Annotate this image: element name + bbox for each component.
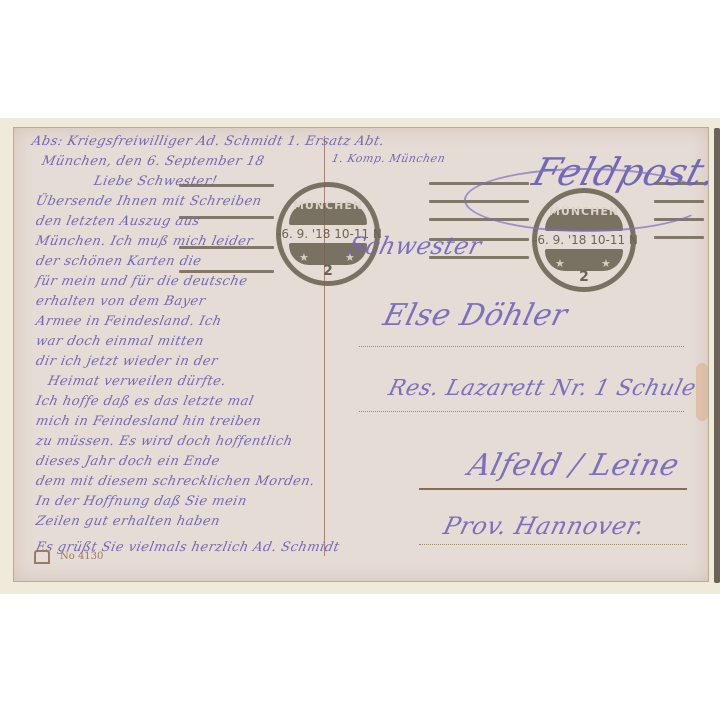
address-rule (419, 544, 687, 545)
message-line: Übersende Ihnen mit Schreiben (34, 194, 263, 209)
address-line2: Res. Lazarett Nr. 1 Schule (386, 376, 699, 401)
address-province: Prov. Hannover. (441, 512, 648, 540)
message-line: Liebe Schwester! (92, 174, 218, 189)
sender-unit: 1. Komp. München (331, 152, 447, 165)
message-line: München. Ich muß mich leider (34, 234, 254, 249)
sender-line: Abs: Kriegsfreiwilliger Ad. Schmidt 1. E… (30, 134, 385, 149)
message-line: München, den 6. September 18 (40, 154, 265, 169)
message-line: dem mit diesem schrecklichen Morden. (34, 474, 316, 489)
cancel-line (654, 236, 704, 239)
postmark-date: -6. 9. '18 10-11 N (533, 233, 635, 247)
message-line: Heimat verweilen dürfte. (46, 374, 227, 389)
cancel-line (179, 270, 274, 273)
postmark-city: MÜNCHEN (281, 199, 375, 212)
message-line: der schönen Karten die (34, 254, 203, 269)
postcard-back: MÜNCHEN -6. 9. '18 10-11 N ★ ★ 2 MÜNCHEN… (13, 127, 709, 582)
address-city: Alfeld / Leine (465, 448, 683, 483)
address-name: Else Döhler (380, 298, 572, 333)
paper-stain (696, 363, 708, 421)
message-line: war doch einmal mitten (34, 334, 205, 349)
address-rule (359, 411, 684, 412)
message-line: Zeilen gut erhalten haben (34, 514, 221, 529)
address-rule (359, 346, 684, 347)
message-line: Ich hoffe daß es das letzte mal (34, 394, 255, 409)
message-line: dir ich jetzt wieder in der (34, 354, 219, 369)
message-line: dieses Jahr doch ein Ende (34, 454, 221, 469)
message-line: für mein und für die deutsche (34, 274, 249, 289)
message-line: zu müssen. Es wird doch hoffentlich (34, 434, 294, 449)
address-salutation: Schwester (346, 232, 485, 260)
message-line: erhalten von dem Bayer (34, 294, 207, 309)
message-line: mich in Feindesland hin treiben (34, 414, 262, 429)
postmark-office: 2 (281, 263, 375, 279)
address-underline (419, 488, 687, 490)
postmark-office: 2 (537, 269, 631, 285)
card-number: No 4130 (60, 551, 103, 562)
message-line: den letzten Auszug aus (34, 214, 201, 229)
message-line: Armee in Feindesland. Ich (34, 314, 223, 329)
message-line: In der Hoffnung daß Sie mein (34, 494, 248, 509)
adjacent-card-edge (714, 128, 720, 583)
feldpost-flourish (464, 168, 708, 232)
publisher-logo-icon (34, 550, 50, 564)
